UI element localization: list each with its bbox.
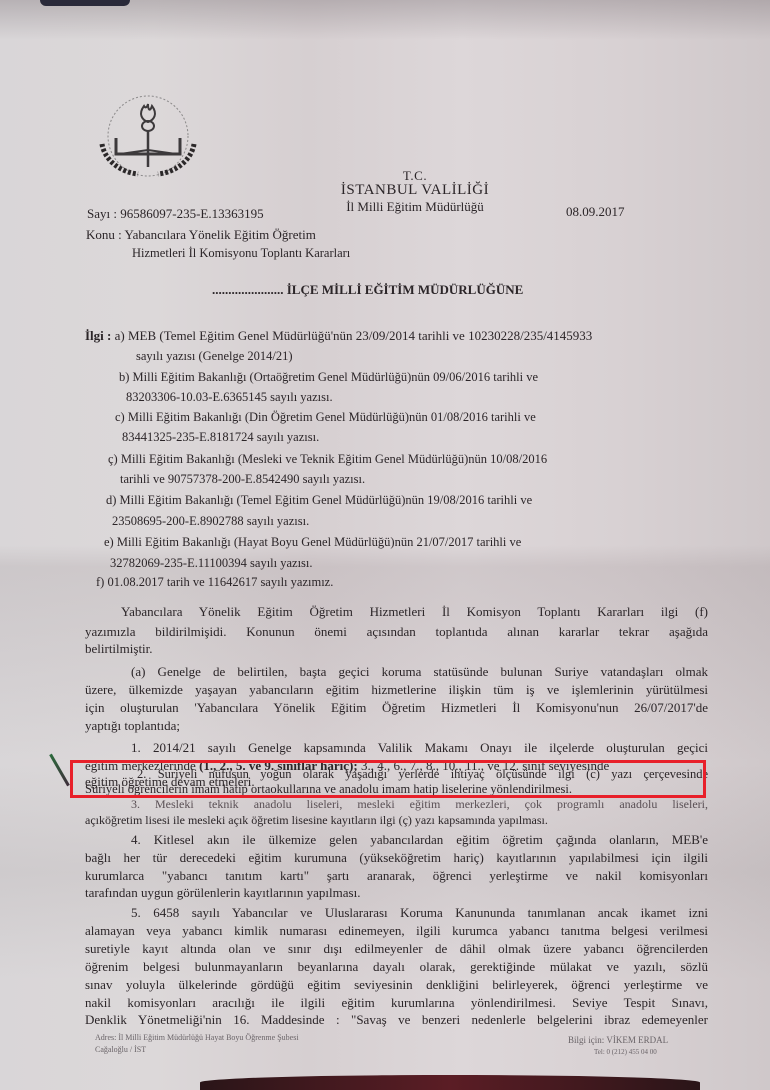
sayi-row: Sayı : 96586097-235-E.13363195 <box>87 206 264 222</box>
item-1-line-1: 1. 2014/21 sayılı Genelge kapsamında Val… <box>85 740 708 756</box>
background-object <box>200 1075 700 1090</box>
konu-row: Konu : Yabancılara Yönelik Eğitim Öğreti… <box>86 227 316 243</box>
konu-label: Konu <box>86 227 115 242</box>
konu-line1: : Yabancılara Yönelik Eğitim Öğretim <box>118 227 316 242</box>
header-governorship: İSTANBUL VALİLİĞİ <box>300 182 530 199</box>
reference-f: f) 01.08.2017 tarih ve 11642617 sayılı y… <box>96 575 333 590</box>
reference-b: b) Milli Eğitim Bakanlığı (Ortaöğretim G… <box>119 370 538 385</box>
footer-tel: Tel: 0 (212) 455 04 00 <box>594 1048 657 1056</box>
sayi-label: Sayı <box>87 206 110 221</box>
footer-address-2: Cağaloğlu / İST <box>95 1045 146 1054</box>
intro-line-2: yazımızla bildirilmişidi. Konunun önemi … <box>85 624 708 640</box>
item-4-line-3: kurumlarca "yabancı tanıtım kartı" şartı… <box>85 868 708 884</box>
page-shadow <box>0 0 770 40</box>
reference-cc-cont: tarihli ve 90757378-200-E.8542490 sayılı… <box>120 472 365 487</box>
ilgi-label: İlgi : <box>85 328 111 343</box>
footer-info: Bilgi için: VİKEM ERDAL <box>568 1035 668 1045</box>
item-5-line-4: öğrenim belgesi bulunmayanların beyanlar… <box>85 959 708 975</box>
item-4-line-1: 4. Kitlesel akın ile ülkemize gelen yaba… <box>85 832 708 848</box>
item-5-line-7: Denklik Yönetmeliği'nin 16. Maddesinde :… <box>85 1012 708 1028</box>
reference-e-cont: 32782069-235-E.11100394 sayılı yazısı. <box>110 556 313 571</box>
meb-logo-icon <box>92 92 204 180</box>
reference-cc: ç) Milli Eğitim Bakanlığı (Mesleki ve Te… <box>108 452 547 467</box>
intro-line-3: belirtilmiştir. <box>85 641 708 657</box>
intro-line-1: Yabancılara Yönelik Eğitim Öğretim Hizme… <box>85 604 708 620</box>
konu-line2: Hizmetleri İl Komisyonu Toplantı Kararla… <box>132 246 350 261</box>
highlight-box <box>70 760 706 798</box>
header-directorate: İl Milli Eğitim Müdürlüğü <box>300 199 530 215</box>
document-date: 08.09.2017 <box>566 204 625 220</box>
item-4-line-4: tarafından uygun görülenlerin kayıtların… <box>85 885 708 901</box>
reference-d: d) Milli Eğitim Bakanlığı (Temel Eğitim … <box>106 493 532 508</box>
item-4-line-2: bağlı her tür derecedeki eğitim kurumuna… <box>85 850 708 866</box>
item-5-line-6: nakil komisyonları aracılığı ile ilgili … <box>85 995 708 1011</box>
para-a-line-3: için oluşturulan 'Yabancılara Yönelik Eğ… <box>85 700 708 716</box>
addressee-title: İLÇE MİLLİ EĞİTİM MÜDÜRLÜĞÜNE <box>287 282 524 297</box>
addressee-dots: ...................... <box>212 282 284 297</box>
item-3-line-2: açıköğretim lisesi ile mesleki açık öğre… <box>85 813 708 828</box>
item-5-line-5: sınav yoluyla ülkelerinde gördüğü eğitim… <box>85 977 708 993</box>
reference-c: c) Milli Eğitim Bakanlığı (Din Öğretim G… <box>115 410 536 425</box>
para-a-line-2: üzere, ülkemizde yaşayan yabancıların eğ… <box>85 682 708 698</box>
sayi-value: : 96586097-235-E.13363195 <box>113 206 263 221</box>
reference-b-cont: 83203306-10.03-E.6365145 sayılı yazısı. <box>126 390 333 405</box>
reference-d-cont: 23508695-200-E.8902788 sayılı yazısı. <box>112 514 309 529</box>
para-a-line-1: (a) Genelge de belirtilen, başta geçici … <box>85 664 708 680</box>
reference-a: İlgi : a) MEB (Temel Eğitim Genel Müdürl… <box>85 328 592 344</box>
item-3-line-1: 3. Mesleki teknik anadolu liseleri, mesl… <box>85 797 708 812</box>
footer-address-1: Adres: İl Milli Eğitim Müdürlüğü Hayat B… <box>95 1033 299 1042</box>
item-5-line-2: alamayan veya yabancı kimlik numarası ed… <box>85 923 708 939</box>
reference-e: e) Milli Eğitim Bakanlığı (Hayat Boyu Ge… <box>104 535 521 550</box>
reference-a-cont: sayılı yazısı (Genelge 2014/21) <box>136 349 293 364</box>
item-5-line-1: 5. 6458 sayılı Yabancılar ve Uluslararas… <box>85 905 708 921</box>
item-5-line-3: suretiyle kayıt altında olan ve sınır dı… <box>85 941 708 957</box>
reference-c-cont: 83441325-235-E.8181724 sayılı yazısı. <box>122 430 319 445</box>
background-object <box>40 0 130 6</box>
para-a-line-4: yaptığı toplantıda; <box>85 718 708 734</box>
addressee: ...................... İLÇE MİLLİ EĞİTİM… <box>212 282 523 298</box>
